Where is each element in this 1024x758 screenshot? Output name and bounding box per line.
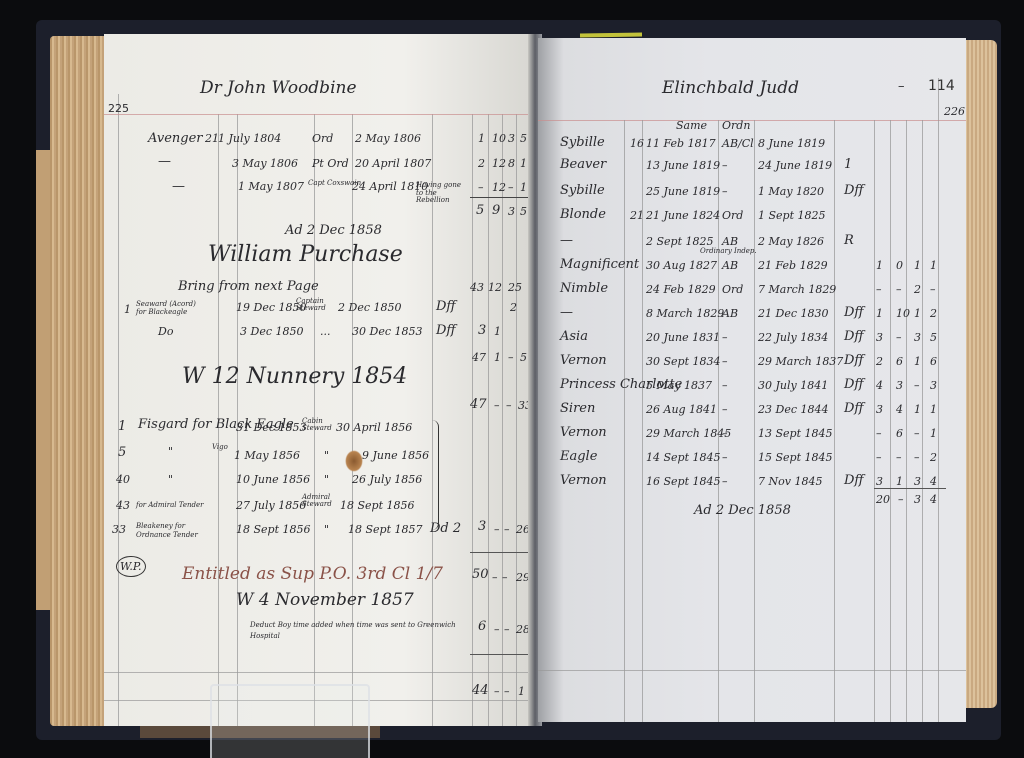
ledger-ship: Nimble bbox=[560, 282, 608, 295]
ledger-ship: Do bbox=[158, 326, 173, 337]
ledger-discharge-date: 21 Feb 1829 bbox=[758, 260, 828, 271]
brought-forward-label: Bring from next Page bbox=[178, 280, 319, 293]
ledger-discharge-date: 23 Dec 1844 bbox=[758, 404, 828, 415]
ledger-total: 1 bbox=[914, 404, 921, 415]
annotation-date: Ad 2 Dec 1858 bbox=[285, 224, 382, 237]
ledger-rating: Ord bbox=[722, 284, 743, 295]
ledger-ship: Sybille bbox=[560, 136, 605, 149]
ledger-ship: Vernon bbox=[560, 354, 607, 367]
ledger-entry-date: 8 March 1829 bbox=[646, 308, 724, 319]
ledger-age: 21 bbox=[205, 133, 219, 144]
ledger-total: 1 bbox=[896, 476, 903, 487]
ledger-remark: Dff bbox=[436, 324, 456, 337]
ledger-ship: Siren bbox=[560, 402, 595, 415]
ledger-remark: Dff bbox=[436, 300, 456, 313]
ledger-discharge-date: 22 July 1834 bbox=[758, 332, 828, 343]
ledger-rating: – bbox=[722, 186, 728, 197]
ledger-discharge-date: 18 Sept 1857 bbox=[348, 524, 423, 535]
ledger-total: 5 bbox=[930, 332, 937, 343]
ledger-total: 4 bbox=[930, 476, 937, 487]
ledger-rating: Ord bbox=[722, 210, 743, 221]
ledger-note: Vigo bbox=[212, 444, 228, 451]
ledger-total: 3 bbox=[876, 332, 883, 343]
ledger-discharge-date: 8 June 1819 bbox=[758, 138, 825, 149]
ledger-ship: — bbox=[560, 306, 573, 319]
section-heading: William Purchase bbox=[208, 244, 403, 266]
ledger-entry-date: 30 Sept 1834 bbox=[646, 356, 721, 367]
page-mark: – bbox=[898, 80, 905, 93]
ledger-ship: Seaward (Acord) for Blackeagle bbox=[136, 300, 206, 317]
ledger-total: 3 bbox=[896, 380, 903, 391]
ledger-note: Ordinary Indep. bbox=[700, 248, 757, 255]
ledger-discharge-date: 26 July 1856 bbox=[352, 474, 422, 485]
ledger-total: 6 bbox=[896, 428, 903, 439]
ledger-ship: Bleakeney for Ordnance Tender bbox=[136, 522, 212, 540]
ledger-remark: Dff bbox=[844, 306, 864, 319]
ledger-discharge-date: 1 Sept 1825 bbox=[758, 210, 826, 221]
ledger-rating: – bbox=[722, 476, 728, 487]
ledger-total: 1 bbox=[930, 428, 937, 439]
ledger-ship: Eagle bbox=[560, 450, 597, 463]
ledger-discharge-date: 2 Dec 1850 bbox=[338, 302, 401, 313]
ledger-entry-date: 31 Dec 1853 bbox=[236, 422, 306, 433]
ledger-age: 21 bbox=[630, 210, 644, 221]
ledger-discharge-date: 2 May 1806 bbox=[355, 133, 421, 144]
ledger-discharge-date: 15 Sept 1845 bbox=[758, 452, 833, 463]
ledger-total: – bbox=[914, 380, 920, 391]
ledger-total: 1 bbox=[930, 260, 937, 271]
ledger-entry-date: 3 May 1806 bbox=[232, 158, 298, 169]
ledger-total: 4 bbox=[876, 380, 883, 391]
ledger-entry-date: 3 Dec 1850 bbox=[240, 326, 303, 337]
ledger-entry-date: 1 May 1856 bbox=[234, 450, 300, 461]
ledger-remark: Dff bbox=[844, 184, 864, 197]
ledger-total: 1 bbox=[914, 260, 921, 271]
page-edges-right bbox=[963, 40, 997, 708]
ledger-discharge-date: 7 March 1829 bbox=[758, 284, 836, 295]
ledger-total: 3 bbox=[876, 476, 883, 487]
ledger-total: – bbox=[930, 284, 936, 295]
ledger-entry-date: 10 June 1856 bbox=[236, 474, 310, 485]
ledger-total: – bbox=[876, 284, 882, 295]
ledger-rating: AB/Cl bbox=[722, 138, 754, 149]
ledger-entry-date: 21 June 1824 bbox=[646, 210, 720, 221]
ledger-discharge-date: 1 May 1820 bbox=[758, 186, 824, 197]
ledger-rating: ... bbox=[320, 326, 331, 337]
ledger-ship: — bbox=[560, 234, 573, 247]
ledger-ship: Beaver bbox=[560, 158, 606, 171]
ledger-remark: 1 bbox=[844, 158, 852, 171]
ledger-rating: Cabin Steward bbox=[302, 418, 330, 432]
bracket bbox=[432, 420, 439, 530]
ledger-entry-date: 18 Sept 1856 bbox=[236, 524, 311, 535]
circled-initials: W.P. bbox=[116, 556, 146, 577]
right-page-number: 114 bbox=[928, 79, 955, 93]
entry-number: 1 bbox=[124, 304, 131, 315]
ledger-total: 3 bbox=[876, 404, 883, 415]
ledger-remark: Dff bbox=[844, 330, 864, 343]
ledger-rating: Admiral Steward bbox=[302, 494, 330, 508]
ledger-entry-date: 29 March 1845 bbox=[646, 428, 731, 439]
section-heading: W 12 Nunnery 1854 bbox=[182, 366, 407, 388]
left-page-heading: Dr John Woodbine bbox=[200, 80, 357, 97]
ledger-rating: " bbox=[324, 450, 329, 461]
ledger-rating: Captain Steward bbox=[296, 298, 330, 312]
ledger-total: 1 bbox=[876, 260, 883, 271]
page-edges-left bbox=[50, 36, 106, 726]
ledger-remark: R bbox=[844, 234, 854, 247]
ledger-total: 1 bbox=[494, 326, 501, 337]
ledger-ship: Blonde bbox=[560, 208, 606, 221]
ledger-age: 16 bbox=[630, 138, 644, 149]
ledger-total: – bbox=[876, 452, 882, 463]
ledger-discharge-date: 30 Dec 1853 bbox=[352, 326, 422, 337]
pension-note: Entitled as Sup P.O. 3rd Cl 1/7 bbox=[182, 566, 443, 583]
entry-number: 1 bbox=[118, 420, 126, 433]
ledger-ship: Sybille bbox=[560, 184, 605, 197]
ledger-total: 3 bbox=[914, 476, 921, 487]
ledger-remark: Dff bbox=[844, 354, 864, 367]
entry-number: 40 bbox=[116, 474, 130, 485]
ledger-total: 6 bbox=[896, 356, 903, 367]
ledger-remark: Dff bbox=[844, 402, 864, 415]
right-page-number-secondary: 226 bbox=[944, 106, 965, 117]
ledger-ship: Avenger bbox=[148, 132, 203, 145]
ledger-rating: – bbox=[722, 160, 728, 171]
ledger-entry-date: 2 Sept 1825 bbox=[646, 236, 714, 247]
ledger-total: 1 bbox=[930, 404, 937, 415]
ledger-entry-date: 26 Aug 1841 bbox=[646, 404, 717, 415]
ledger-total: – bbox=[914, 452, 920, 463]
ledger-rating: Ord bbox=[312, 133, 333, 144]
ledger-entry-date: 20 June 1831 bbox=[646, 332, 720, 343]
ledger-rating: – bbox=[722, 404, 728, 415]
ledger-discharge-date: 9 June 1856 bbox=[362, 450, 429, 461]
ledger-ship: " bbox=[168, 446, 173, 457]
ledger-remark: Having gone to the Rebellion bbox=[416, 182, 470, 205]
ledger-ship: — bbox=[158, 155, 171, 168]
ledger-discharge-date: 2 May 1826 bbox=[758, 236, 824, 247]
ledger-rating: – bbox=[722, 428, 728, 439]
ledger-ship: Vernon bbox=[560, 474, 607, 487]
ledger-total: 2 bbox=[510, 302, 517, 313]
ledger-rating: " bbox=[324, 524, 329, 535]
ledger-total: 6 bbox=[930, 356, 937, 367]
entry-number: 5 bbox=[118, 446, 126, 459]
entry-number: 43 bbox=[116, 500, 130, 511]
ledger-total: 3 bbox=[914, 332, 921, 343]
date-note: W 4 November 1857 bbox=[236, 592, 414, 609]
ledger-ship: — bbox=[172, 180, 185, 193]
left-page-number: 225 bbox=[108, 103, 129, 114]
ledger-discharge-date: 7 Nov 1845 bbox=[758, 476, 822, 487]
ledger-rating: – bbox=[722, 332, 728, 343]
ledger-entry-date: 24 Feb 1829 bbox=[646, 284, 716, 295]
ledger-discharge-date: 20 April 1807 bbox=[355, 158, 431, 169]
ledger-discharge-date: 30 July 1841 bbox=[758, 380, 828, 391]
ledger-entry-date: 11 Feb 1817 bbox=[646, 138, 716, 149]
book-support-stand bbox=[210, 684, 370, 758]
ledger-total: 1 bbox=[914, 356, 921, 367]
ledger-discharge-date: 24 June 1819 bbox=[758, 160, 832, 171]
ledger-ship: Magnificent bbox=[560, 258, 639, 271]
ledger-discharge-date: 29 March 1837 bbox=[758, 356, 843, 367]
ledger-rating: AB bbox=[722, 236, 738, 247]
footer-annotation: Ad 2 Dec 1858 bbox=[694, 504, 791, 517]
ledger-total: 3 bbox=[930, 380, 937, 391]
ledger-rating: AB bbox=[722, 260, 738, 271]
ledger-discharge-date: 21 Dec 1830 bbox=[758, 308, 828, 319]
entry-number: 33 bbox=[112, 524, 126, 535]
ledger-total: – bbox=[876, 428, 882, 439]
ledger-entry-date: 1 May 1807 bbox=[238, 181, 304, 192]
ledger-rating: – bbox=[722, 380, 728, 391]
column-note: Same bbox=[676, 120, 707, 131]
ledger-total: 0 bbox=[896, 260, 903, 271]
ledger-entry-date: 16 Sept 1845 bbox=[646, 476, 721, 487]
ledger-ship: " bbox=[168, 474, 173, 485]
ledger-total: 2 bbox=[914, 284, 921, 295]
ledger-total: 10 bbox=[896, 308, 910, 319]
ledger-remark: Dff bbox=[844, 378, 864, 391]
ledger-total: 4 bbox=[896, 404, 903, 415]
ledger-rating: " bbox=[324, 474, 329, 485]
ledger-total: – bbox=[896, 332, 902, 343]
ledger-total: 3 bbox=[478, 324, 486, 337]
ledger-entry-date: 30 Aug 1827 bbox=[646, 260, 717, 271]
ledger-rating: Pt Ord bbox=[312, 158, 349, 169]
ledger-total: 1 bbox=[914, 308, 921, 319]
ledger-entry-date: 27 July 1856 bbox=[236, 500, 306, 511]
right-page-heading: Elinchbald Judd bbox=[662, 80, 799, 97]
ledger-total: 2 bbox=[876, 356, 883, 367]
ledger-entry-date: 13 June 1819 bbox=[646, 160, 720, 171]
ledger-ship: Vernon bbox=[560, 426, 607, 439]
ledger-rating: – bbox=[722, 356, 728, 367]
ledger-total: 1 bbox=[876, 308, 883, 319]
column-note: Ordn bbox=[722, 120, 750, 131]
ledger-entry-date: 25 June 1819 bbox=[646, 186, 720, 197]
ledger-discharge-date: 13 Sept 1845 bbox=[758, 428, 833, 439]
ledger-total: 2 bbox=[930, 452, 937, 463]
ledger-ship: for Admiral Tender bbox=[136, 502, 204, 509]
ledger-entry-date: 5 May 1837 bbox=[646, 380, 712, 391]
ledger-total: – bbox=[896, 284, 902, 295]
ledger-ship: Asia bbox=[560, 330, 588, 343]
ledger-discharge-date: 30 April 1856 bbox=[336, 422, 412, 433]
ledger-total: 2 bbox=[930, 308, 937, 319]
ledger-rating: AB bbox=[722, 308, 738, 319]
ledger-entry-date: 14 Sept 1845 bbox=[646, 452, 721, 463]
ledger-discharge-date: 18 Sept 1856 bbox=[340, 500, 415, 511]
ledger-total: – bbox=[914, 428, 920, 439]
deduct-note: Deduct Boy time added when time was sent… bbox=[250, 620, 460, 641]
ink-stain bbox=[345, 450, 363, 472]
ledger-rating: – bbox=[722, 452, 728, 463]
ledger-entry-date: 1 July 1804 bbox=[218, 133, 281, 144]
ledger-remark: Dff bbox=[844, 474, 864, 487]
ledger-total: – bbox=[896, 452, 902, 463]
